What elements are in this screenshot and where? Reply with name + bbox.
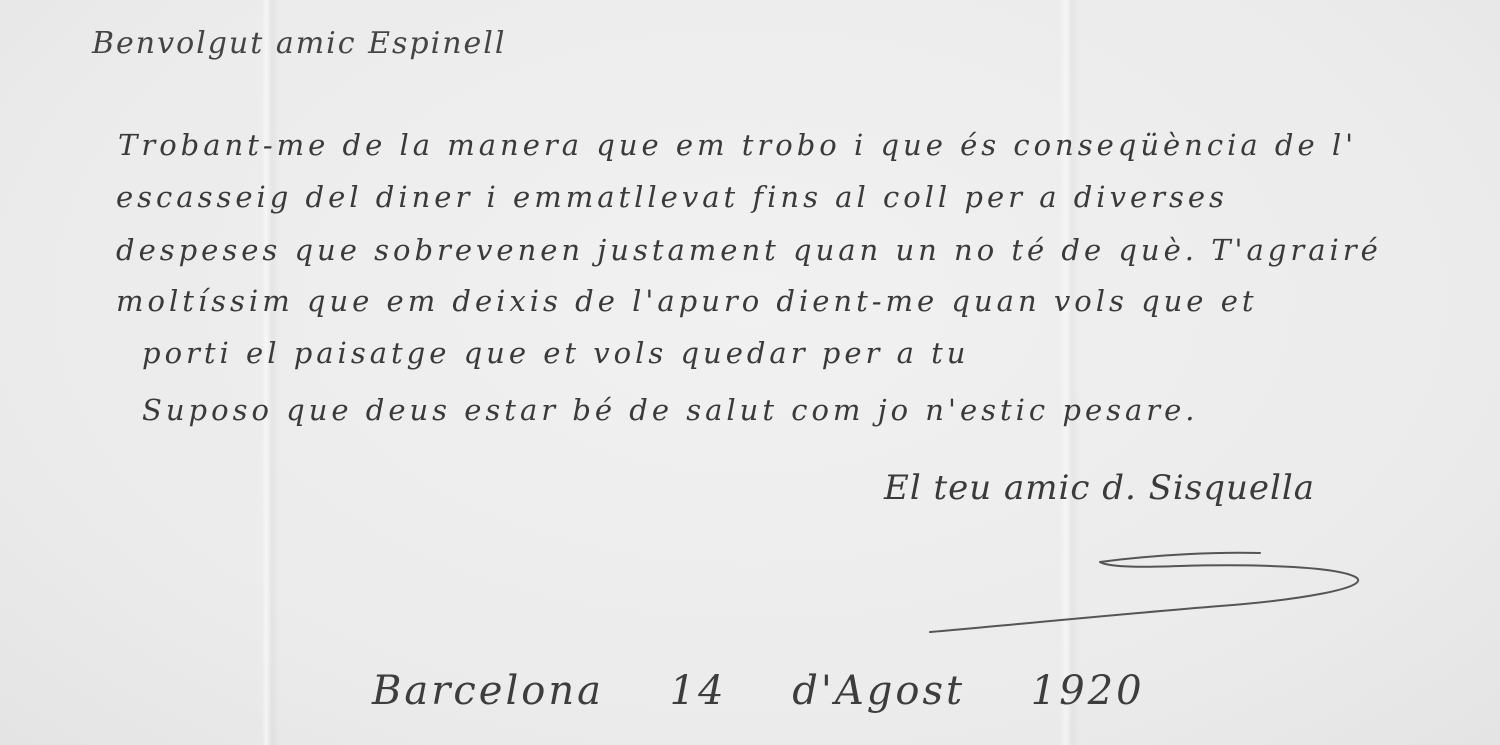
letter-body-line-2: escasseig del diner i emmatllevat fins a… [116, 180, 1228, 214]
letter-body-line-6: Suposo que deus estar bé de salut com jo… [142, 393, 1199, 427]
letter-body-line-1: Trobant-me de la manera que em trobo i q… [118, 128, 1357, 162]
date-year: 1920 [1031, 668, 1145, 714]
letter-body-line-4: moltíssim que em deixis de l'apuro dient… [116, 284, 1258, 318]
letter-body-line-3: despeses que sobrevenen justament quan u… [116, 233, 1382, 267]
signature-flourish-icon [920, 540, 1380, 640]
date-day: 14 [670, 668, 727, 714]
date-month: d'Agost [792, 668, 965, 714]
date-place: Barcelona [372, 668, 604, 714]
letter-salutation: Benvolgut amic Espinell [92, 26, 506, 61]
letter-body-line-5: porti el paisatge que et vols quedar per… [142, 336, 969, 370]
letter-signature: El teu amic d. Sisquella [884, 468, 1315, 508]
letter-date-line: Barcelona 14 d'Agost 1920 [372, 668, 1195, 714]
